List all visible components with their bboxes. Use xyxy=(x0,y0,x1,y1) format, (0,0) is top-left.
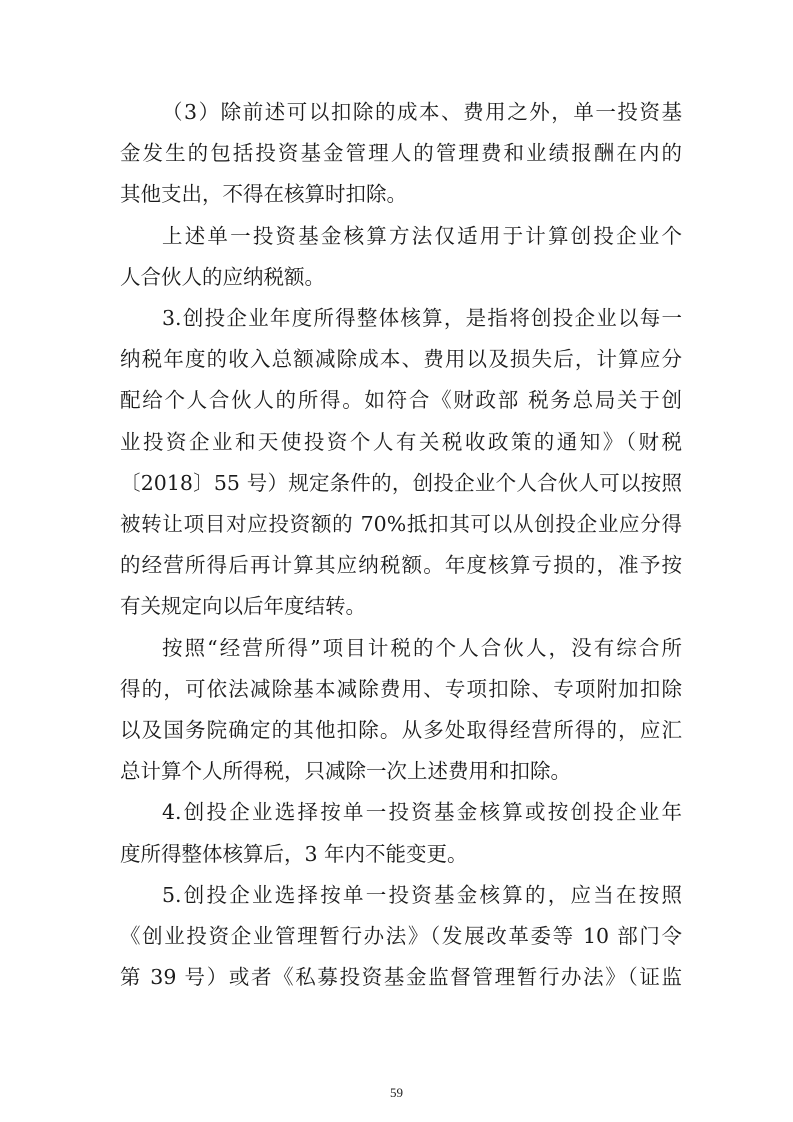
paragraph-line: 人合伙人的应纳税额。 xyxy=(120,262,682,292)
document-page: （3）除前述可以扣除的成本、费用之外，单一投资基金发生的包括投资基金管理人的管理… xyxy=(0,0,793,1122)
paragraph-line: 以及国务院确定的其他扣除。从多处取得经营所得的，应汇 xyxy=(120,715,682,745)
paragraph-line: 有关规定向以后年度结转。 xyxy=(120,591,682,621)
paragraph-first-line: 按照“经营所得”项目计税的个人合伙人，没有综合所 xyxy=(162,633,682,663)
paragraph-line: 纳税年度的收入总额减除成本、费用以及损失后，计算应分 xyxy=(120,344,682,374)
paragraph-first-line: （3）除前述可以扣除的成本、费用之外，单一投资基 xyxy=(162,97,682,127)
page-number: 59 xyxy=(0,1085,793,1101)
paragraph-first-line: 4.创投企业选择按单一投资基金核算或按创投企业年 xyxy=(162,797,682,827)
paragraph-first-line: 上述单一投资基金核算方法仅适用于计算创投企业个 xyxy=(162,221,682,251)
paragraph-line: 被转让项目对应投资额的 70%抵扣其可以从创投企业应分得 xyxy=(120,509,682,539)
paragraph-first-line: 5.创投企业选择按单一投资基金核算的，应当在按照 xyxy=(162,880,682,910)
paragraph-line: 的经营所得后再计算其应纳税额。年度核算亏损的，准予按 xyxy=(120,550,682,580)
paragraph-line: 金发生的包括投资基金管理人的管理费和业绩报酬在内的 xyxy=(120,138,682,168)
paragraph-line: 得的，可依法减除基本减除费用、专项扣除、专项附加扣除 xyxy=(120,674,682,704)
paragraph-line: 其他支出，不得在核算时扣除。 xyxy=(120,179,682,209)
paragraph-line: 总计算个人所得税，只减除一次上述费用和扣除。 xyxy=(120,756,682,786)
paragraph-first-line: 3.创投企业年度所得整体核算，是指将创投企业以每一 xyxy=(162,303,682,333)
paragraph-line: 配给个人合伙人的所得。如符合《财政部 税务总局关于创 xyxy=(120,385,682,415)
paragraph-line: 度所得整体核算后，3 年内不能变更。 xyxy=(120,839,682,869)
paragraph-line: 第 39 号）或者《私募投资基金监督管理暂行办法》（证监 xyxy=(120,962,682,992)
paragraph-line: 业投资企业和天使投资个人有关税收政策的通知》（财税 xyxy=(120,427,682,457)
paragraph-line: 〔2018〕55 号）规定条件的，创投企业个人合伙人可以按照 xyxy=(120,468,682,498)
paragraph-line: 《创业投资企业管理暂行办法》（发展改革委等 10 部门令 xyxy=(120,921,682,951)
